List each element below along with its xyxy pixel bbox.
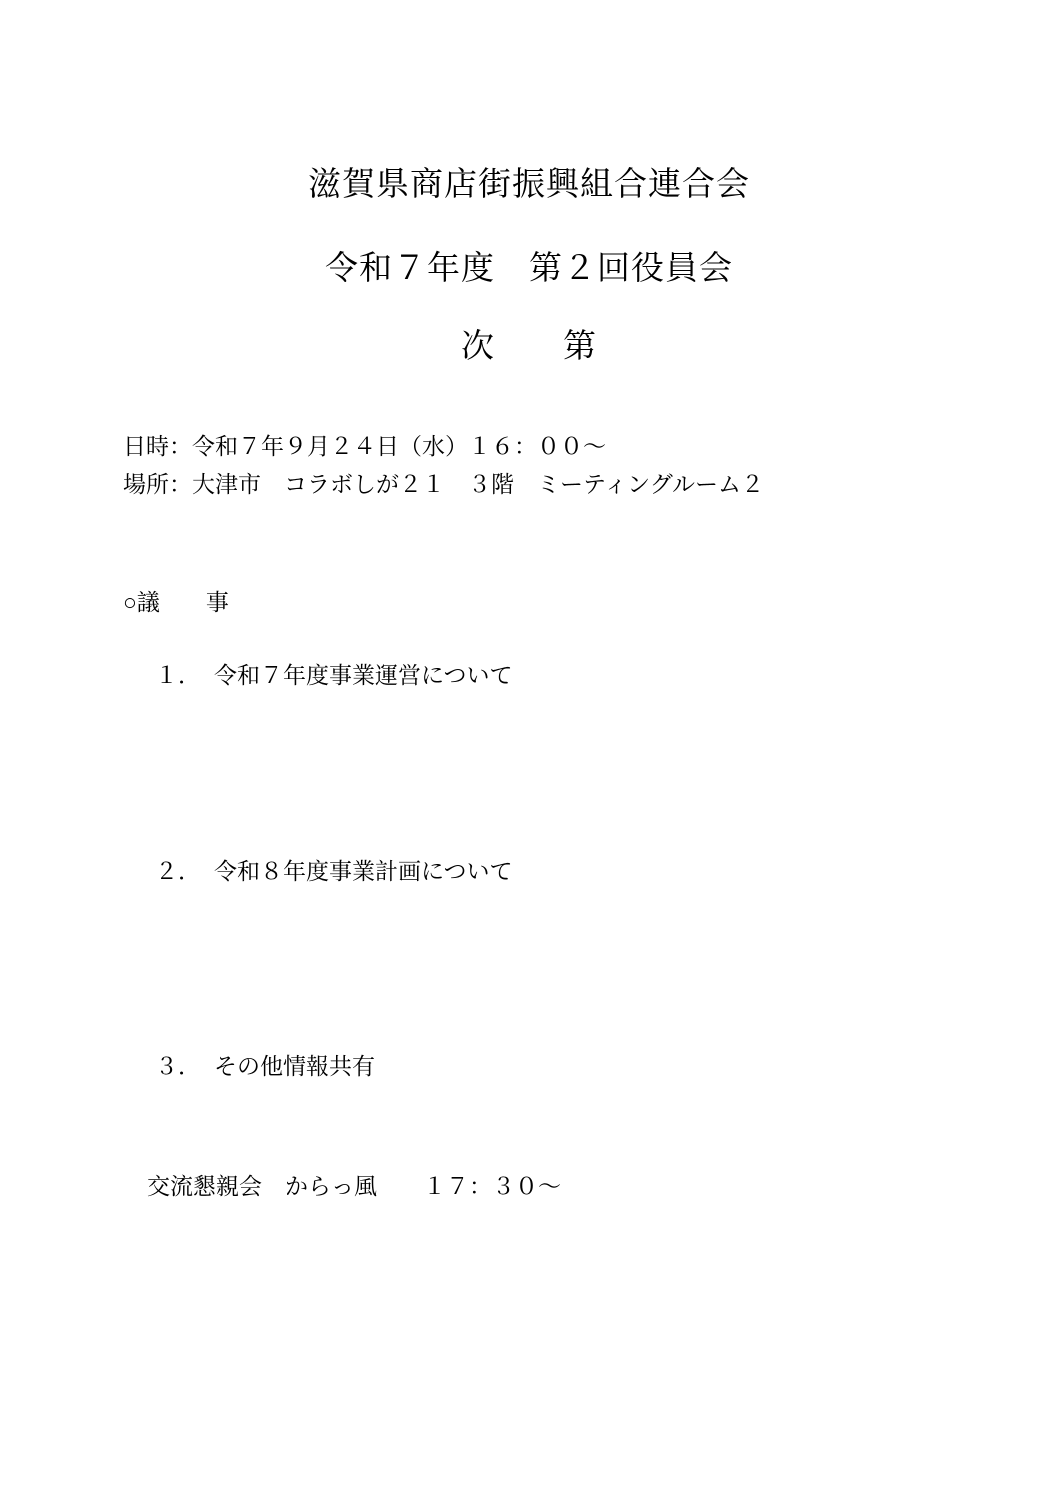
agenda-item-2: ２． 令和８年度事業計画について [155,858,513,886]
document-page: 滋賀県商店街振興組合連合会 令和７年度 第２回役員会 次 第 日時：令和７年９月… [0,0,1058,1497]
agenda-item-text: 令和７年度事業運営について [214,662,513,690]
meeting-location: 場所：大津市 コラボしが２１ ３階 ミーティングルーム２ [123,471,764,499]
agenda-document-title: 次 第 [0,328,1058,368]
agenda-item-text: その他情報共有 [214,1053,375,1081]
agenda-item-3: ３． その他情報共有 [155,1053,375,1081]
meeting-datetime: 日時：令和７年９月２４日（水）１６：００～ [123,433,606,461]
agenda-item-number: １． [155,662,201,690]
agenda-item-1: １． 令和７年度事業運営について [155,662,513,690]
meeting-title: 令和７年度 第２回役員会 [0,250,1058,290]
organization-title: 滋賀県商店街振興組合連合会 [0,166,1058,206]
agenda-item-text: 令和８年度事業計画について [214,858,513,886]
agenda-item-number: ３． [155,1053,201,1081]
social-gathering-line: 交流懇親会 からっ風 １７：３０～ [147,1173,561,1201]
agenda-item-number: ２． [155,858,201,886]
agenda-section-label: ○議 事 [123,589,229,617]
